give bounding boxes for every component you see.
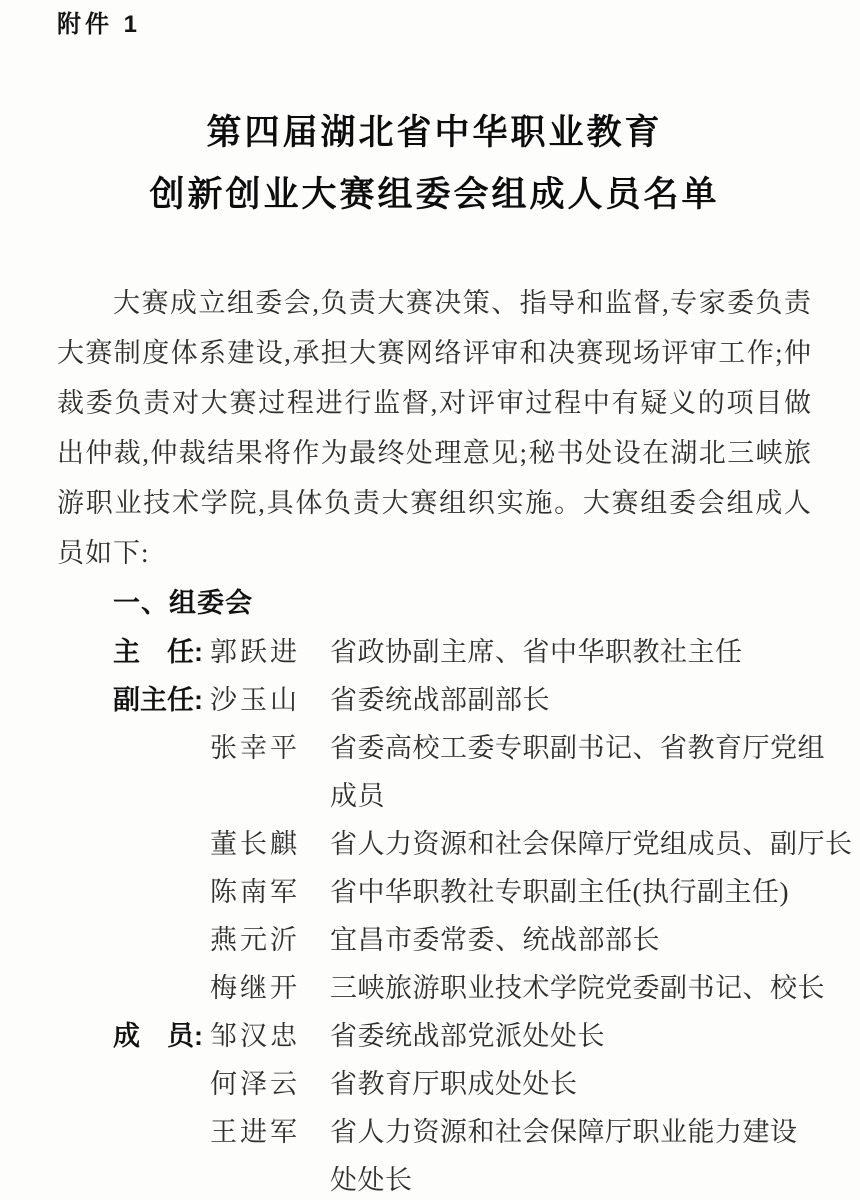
member-position-line-2: 处处长 — [330, 1156, 812, 1200]
member-position-line-1: 省人力资源和社会保障厅党组成员、副厅长 — [330, 820, 853, 868]
member-position: 省委高校工委专职副书记、省教育厅党组 成员 — [330, 724, 825, 820]
committee-row: 陈南军 省中华职教社专职副主任(执行副主任) — [113, 868, 812, 916]
role-label: 主 任: — [113, 628, 210, 676]
document-page: 附件 1 第四届湖北省中华职业教育 创新创业大赛组委会组成人员名单 大赛成立组委… — [0, 0, 860, 1200]
member-name: 梅继开 — [210, 964, 330, 1012]
paragraph-line: 出仲裁,仲裁结果将作为最终处理意见;秘书处设在湖北三峡旅 — [57, 428, 812, 478]
committee-row: 成 员: 邹汉忠 省委统战部党派处处长 — [113, 1012, 812, 1060]
member-position-line-1: 省政协副主席、省中华职教社主任 — [330, 628, 812, 676]
member-position-line-1: 省委统战部党派处处长 — [330, 1012, 812, 1060]
committee-row: 燕元沂 宜昌市委常委、统战部部长 — [113, 916, 812, 964]
member-position: 宜昌市委常委、统战部部长 — [330, 916, 812, 964]
member-position: 省中华职教社专职副主任(执行副主任) — [330, 868, 812, 916]
member-position-line-1: 省委统战部副部长 — [330, 676, 812, 724]
member-name: 陈南军 — [210, 868, 330, 916]
member-position-line-1: 省教育厅职成处处长 — [330, 1060, 812, 1108]
member-position: 省教育厅职成处处长 — [330, 1060, 812, 1108]
committee-row: 何泽云 省教育厅职成处处长 — [113, 1060, 812, 1108]
member-name: 董长麒 — [210, 820, 330, 868]
body-paragraph: 大赛成立组委会,负责大赛决策、指导和监督,专家委负责 大赛制度体系建设,承担大赛… — [57, 278, 812, 578]
member-position-line-1: 宜昌市委常委、统战部部长 — [330, 916, 812, 964]
paragraph-line: 员如下: — [57, 528, 812, 578]
member-name: 张幸平 — [210, 724, 330, 772]
member-position: 省委统战部党派处处长 — [330, 1012, 812, 1060]
member-name: 王进军 — [210, 1108, 330, 1156]
committee-row: 主 任: 郭跃进 省政协副主席、省中华职教社主任 — [113, 628, 812, 676]
member-name: 沙玉山 — [210, 676, 330, 724]
paragraph-line: 大赛制度体系建设,承担大赛网络评审和决赛现场评审工作;仲 — [57, 328, 812, 378]
member-position: 省人力资源和社会保障厅职业能力建设 处处长 — [330, 1108, 812, 1200]
member-position: 省人力资源和社会保障厅党组成员、副厅长 — [330, 820, 853, 868]
role-label: 成 员: — [113, 1012, 210, 1060]
attachment-label: 附件 1 — [57, 10, 812, 40]
title-line-1: 第四届湖北省中华职业教育 — [57, 102, 812, 164]
committee-list: 主 任: 郭跃进 省政协副主席、省中华职教社主任 副主任: 沙玉山 省委统战部副… — [57, 628, 812, 1200]
member-position-line-1: 三峡旅游职业技术学院党委副书记、校长 — [330, 964, 825, 1012]
paragraph-line: 裁委负责对大赛过程进行监督,对评审过程中有疑义的项目做 — [57, 378, 812, 428]
member-position: 三峡旅游职业技术学院党委副书记、校长 — [330, 964, 825, 1012]
committee-row: 梅继开 三峡旅游职业技术学院党委副书记、校长 — [113, 964, 812, 1012]
committee-row: 张幸平 省委高校工委专职副书记、省教育厅党组 成员 — [113, 724, 812, 820]
member-position-line-1: 省委高校工委专职副书记、省教育厅党组 — [330, 724, 825, 772]
role-label: 副主任: — [113, 676, 210, 724]
member-name: 燕元沂 — [210, 916, 330, 964]
member-name: 何泽云 — [210, 1060, 330, 1108]
member-position-line-2: 成员 — [330, 772, 825, 820]
section-heading-committee: 一、组委会 — [113, 578, 812, 628]
committee-row: 副主任: 沙玉山 省委统战部副部长 — [113, 676, 812, 724]
document-title: 第四届湖北省中华职业教育 创新创业大赛组委会组成人员名单 — [57, 102, 812, 226]
committee-row: 王进军 省人力资源和社会保障厅职业能力建设 处处长 — [113, 1108, 812, 1200]
committee-row: 董长麒 省人力资源和社会保障厅党组成员、副厅长 — [113, 820, 812, 868]
title-line-2: 创新创业大赛组委会组成人员名单 — [57, 164, 812, 226]
member-position-line-1: 省中华职教社专职副主任(执行副主任) — [330, 868, 812, 916]
member-position-line-1: 省人力资源和社会保障厅职业能力建设 — [330, 1108, 812, 1156]
paragraph-line: 大赛成立组委会,负责大赛决策、指导和监督,专家委负责 — [57, 278, 812, 328]
member-position: 省政协副主席、省中华职教社主任 — [330, 628, 812, 676]
member-name: 郭跃进 — [210, 628, 330, 676]
member-position: 省委统战部副部长 — [330, 676, 812, 724]
member-name: 邹汉忠 — [210, 1012, 330, 1060]
paragraph-line: 游职业技术学院,具体负责大赛组织实施。大赛组委会组成人 — [57, 478, 812, 528]
